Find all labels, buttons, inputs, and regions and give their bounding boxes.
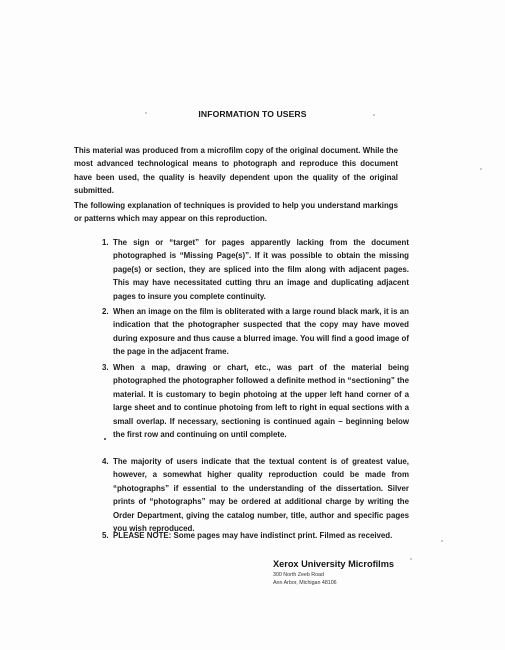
publisher-block: Xerox University Microfilms 300 North Ze…: [273, 558, 394, 587]
list-item-number: 1.: [102, 236, 109, 249]
scan-speck: [145, 112, 147, 114]
list-item-text: PLEASE NOTE: Some pages may have indisti…: [113, 531, 392, 540]
list-item-text: The majority of users indicate that the …: [113, 457, 409, 533]
list-item-text: When a map, drawing or chart, etc., was …: [113, 363, 409, 439]
list-item-1: 1. The sign or “target” for pages appare…: [102, 236, 409, 303]
list-item-2: 2. When an image on the film is oblitera…: [102, 305, 409, 359]
scan-speck: [373, 114, 375, 116]
document-page: INFORMATION TO USERS This material was p…: [0, 0, 505, 650]
list-item-number: 4.: [102, 455, 109, 468]
list-item-text: The sign or “target” for pages apparentl…: [113, 238, 409, 301]
list-item-text: When an image on the film is obliterated…: [113, 307, 409, 356]
list-item-5: 5. PLEASE NOTE: Some pages may have indi…: [102, 529, 409, 542]
list-item-number: 2.: [102, 305, 109, 318]
publisher-address-line-2: Ann Arbor, Michigan 48106: [273, 579, 394, 587]
list-item-4: 4. The majority of users indicate that t…: [102, 455, 409, 535]
techniques-list: 1. The sign or “target” for pages appare…: [102, 0, 398, 650]
scan-artifact-dot: [104, 438, 106, 440]
publisher-name: Xerox University Microfilms: [273, 558, 394, 571]
list-item-number: 3.: [102, 361, 109, 374]
scan-speck: [410, 558, 412, 560]
list-item-number: 5.: [102, 529, 109, 542]
scan-speck: [441, 540, 443, 542]
list-item-3: 3. When a map, drawing or chart, etc., w…: [102, 361, 409, 441]
scan-speck: [480, 168, 482, 170]
publisher-address-line-1: 300 North Zeeb Road: [273, 571, 394, 579]
